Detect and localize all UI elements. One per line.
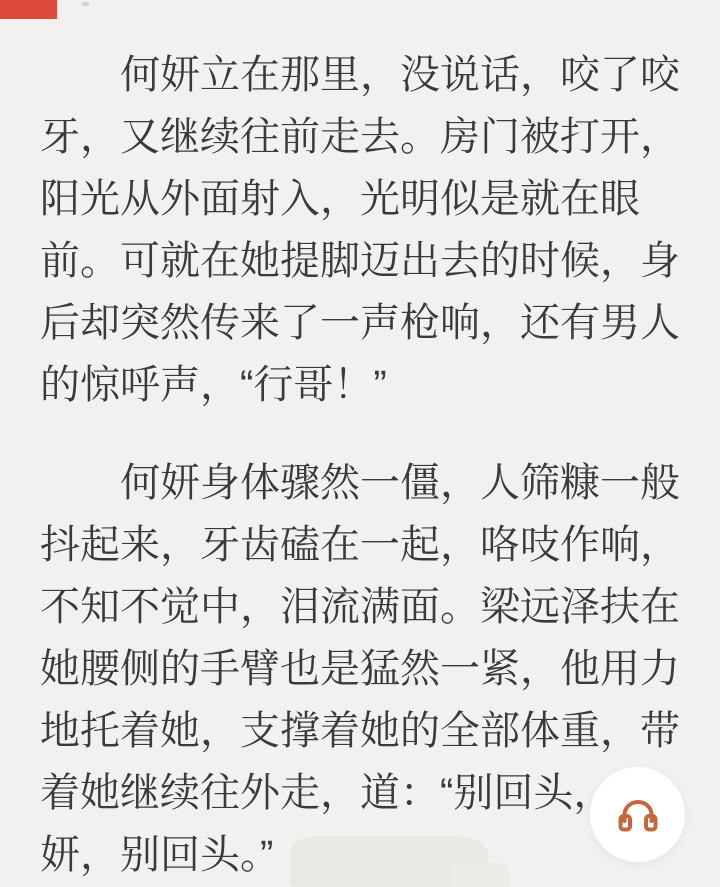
text-line: 抖起来，牙齿磕在一起，咯吱作响， xyxy=(40,514,680,576)
paragraph: 何妍身体骤然一僵，人筛糠一般 抖起来，牙齿磕在一起，咯吱作响， 不知不觉中，泪流… xyxy=(40,452,680,886)
text-line: 牙，又继续往前走去。房门被打开， xyxy=(40,106,680,168)
audio-listen-button[interactable] xyxy=(590,767,685,862)
text-line: 着她继续往外走，道：“别回头，何 xyxy=(40,762,680,824)
text-line: 她腰侧的手臂也是猛然一紧，他用力 xyxy=(40,638,680,700)
paragraph: 何妍立在那里，没说话，咬了咬 牙，又继续往前走去。房门被打开， 阳光从外面射入，… xyxy=(40,44,680,416)
reading-area[interactable]: 何妍立在那里，没说话，咬了咬 牙，又继续往前走去。房门被打开， 阳光从外面射入，… xyxy=(40,44,680,886)
text-line: 何妍立在那里，没说话，咬了咬 xyxy=(40,44,680,106)
reader-screen: 何妍立在那里，没说话，咬了咬 牙，又继续往前走去。房门被打开， 阳光从外面射入，… xyxy=(0,0,720,887)
text-line: 地托着她，支撑着她的全部体重，带 xyxy=(40,700,680,762)
statusbar-crop-artifact xyxy=(82,2,89,6)
watermark-patch xyxy=(290,836,488,887)
headphones-icon xyxy=(616,795,660,835)
recording-status-indicator xyxy=(0,0,57,19)
text-line: 阳光从外面射入，光明似是就在眼 xyxy=(40,168,680,230)
text-line: 何妍身体骤然一僵，人筛糠一般 xyxy=(40,452,680,514)
text-line: 不知不觉中，泪流满面。梁远泽扶在 xyxy=(40,576,680,638)
text-line: 的惊呼声，“行哥！” xyxy=(40,354,680,416)
text-line: 后却突然传来了一声枪响，还有男人 xyxy=(40,292,680,354)
text-line: 前。可就在她提脚迈出去的时候，身 xyxy=(40,230,680,292)
